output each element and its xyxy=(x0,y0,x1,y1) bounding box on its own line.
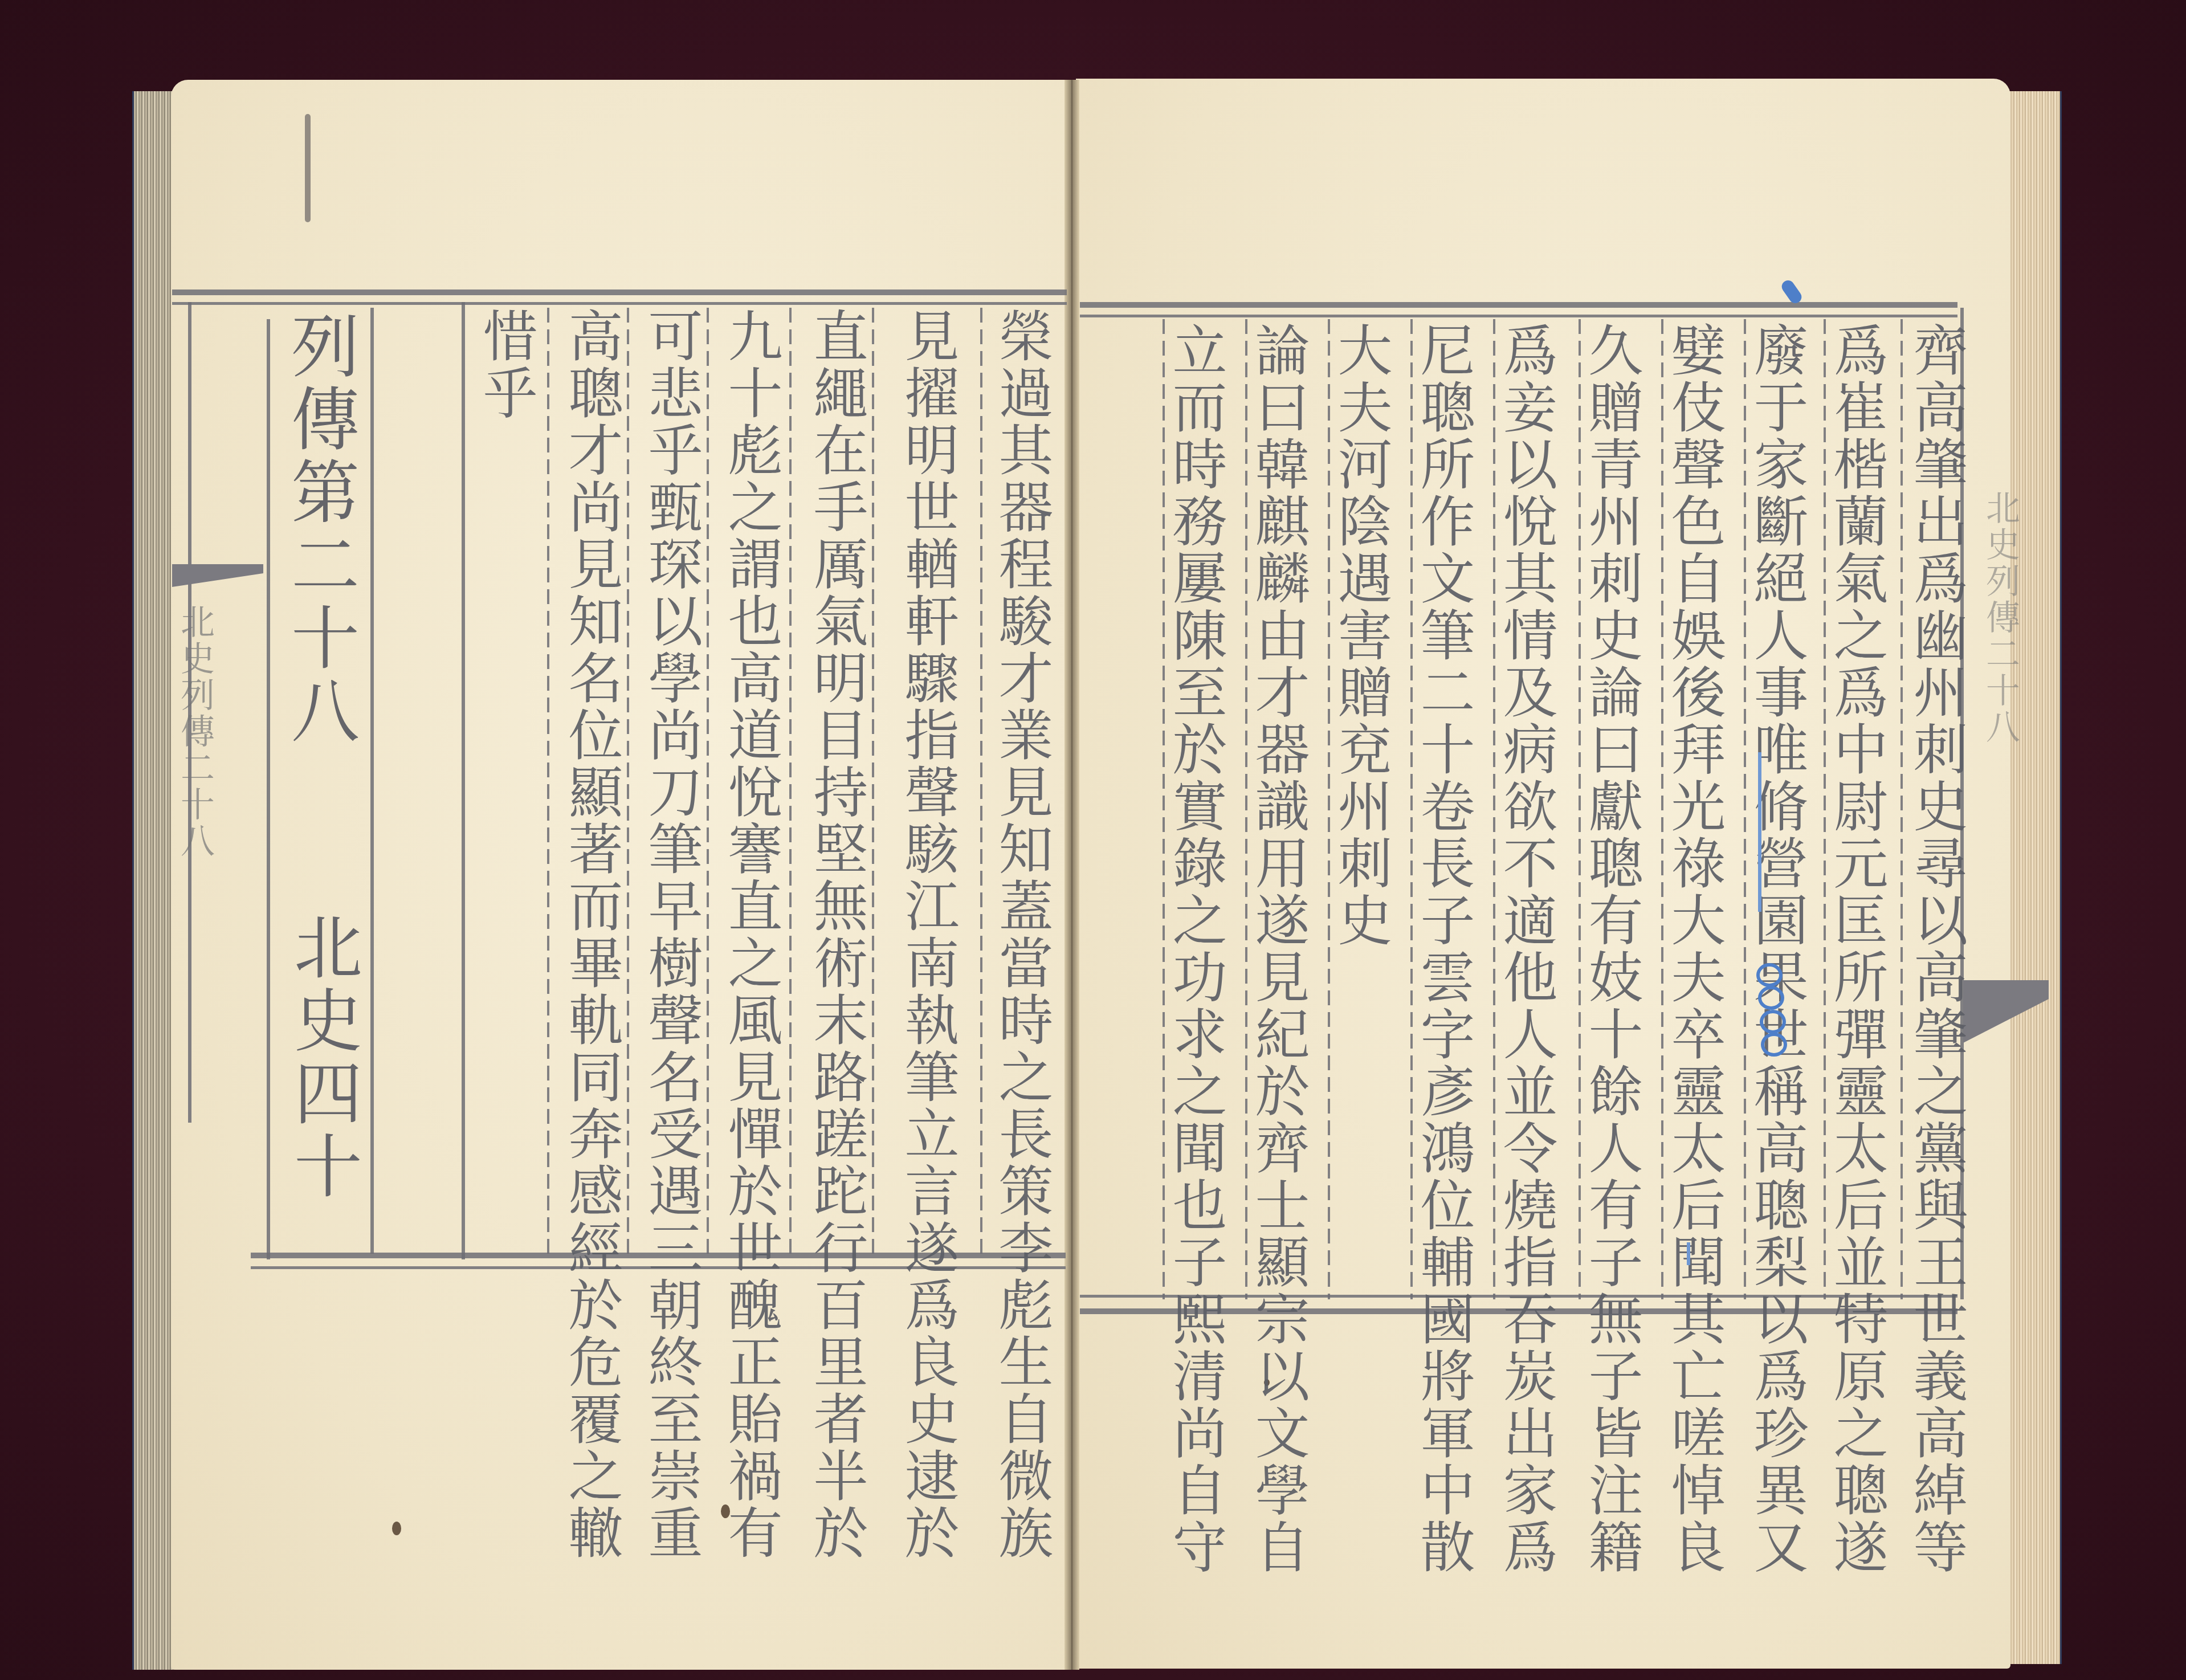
blue-annotation-line xyxy=(1687,1242,1690,1265)
worm-hole xyxy=(721,1504,730,1518)
right-top-border xyxy=(1080,302,1957,308)
text-column: 爲妾以悅其情及病欲不適他人並令燒指吞炭出家爲 xyxy=(1499,322,1553,1576)
right-fore-edge-text: 北史列傳二十八 xyxy=(1983,490,2017,745)
volume-label: 北史四十 xyxy=(288,912,356,1204)
text-column: 廢于家斷絕人事唯脩營園果世稱高聰梨以爲珍異又 xyxy=(1749,322,1804,1576)
text-column: 嬖伎聲色自娛後拜光祿大夫卒靈太后聞其亡嗟悼良 xyxy=(1667,322,1722,1576)
left-spine-text: 北史列傳二十八 xyxy=(178,604,212,859)
chapter-label: 列傳第二十八 xyxy=(285,311,353,748)
column-divider xyxy=(1900,319,1903,1299)
left-page-stack xyxy=(132,91,174,1670)
column-divider xyxy=(627,308,629,1254)
text-column: 榮過其器程駿才業見知蓋當時之長策李彪生自微族 xyxy=(994,308,1049,1561)
text-column: 見擢明世輶軒驟指聲駭江南執筆立言遂爲良史逮於 xyxy=(900,308,955,1561)
pencil-mark xyxy=(305,114,311,222)
left-text-start-rule xyxy=(462,302,465,1259)
text-column: 惜乎 xyxy=(479,308,533,422)
text-column: 論曰韓麒麟由才器識用遂見紀於齊士顯宗以文學自 xyxy=(1251,322,1306,1576)
column-divider xyxy=(547,308,549,1254)
worm-hole xyxy=(392,1522,401,1535)
text-column: 尼聰所作文筆二十卷長子雲字彥鴻位輔國將軍中散 xyxy=(1416,322,1471,1576)
blue-annotation-circle xyxy=(1761,1033,1787,1057)
open-book: 北史列傳二十八 列傳第二十八 北史四十 榮過其器程駿才業見知蓋當時之長策李彪生自… xyxy=(0,0,2186,1680)
text-column: 立而時務屢陳至於實錄之功求之聞也子熙清尚自守 xyxy=(1168,322,1223,1576)
text-column: 直繩在手厲氣明目持堅無術末路蹉跎行百里者半於 xyxy=(809,308,864,1561)
text-column: 齊高肇出爲幽州刺史尋以高肇之黨與王世義高綽等 xyxy=(1909,322,1964,1576)
right-top-inner-border xyxy=(1080,315,1957,317)
left-title-rule xyxy=(370,308,374,1254)
left-top-border xyxy=(172,289,1067,295)
text-column: 九十彪之謂也高道悅謇直之風見憚於世醜正貽禍有 xyxy=(724,308,778,1561)
blue-annotation-circle xyxy=(1756,963,1783,987)
left-top-inner-border xyxy=(172,302,1067,305)
column-divider xyxy=(872,308,874,1254)
text-column: 可悲乎甄琛以學尚刀筆早樹聲名受遇三朝終至崇重 xyxy=(644,308,699,1561)
left-margin-rule xyxy=(267,319,270,1259)
column-divider xyxy=(980,308,982,1254)
center-fold xyxy=(1065,80,1079,1670)
blue-annotation-line xyxy=(1758,752,1761,912)
text-column: 爲崔楷蘭氣之爲中尉元匡所彈靈太后並特原之聰遂 xyxy=(1829,322,1884,1576)
blue-annotation-circle xyxy=(1760,1010,1786,1034)
text-column: 大夫河陰遇害贈兗州刺史 xyxy=(1333,322,1388,949)
text-column: 久贈青州刺史論曰獻聰有妓十餘人有子無子皆注籍 xyxy=(1584,322,1639,1576)
column-divider xyxy=(789,308,792,1254)
column-divider xyxy=(707,308,709,1254)
blue-annotation-circle xyxy=(1758,986,1784,1010)
text-column: 高聰才尚見知名位顯著而畢軌同奔感經於危覆之轍 xyxy=(564,308,619,1561)
